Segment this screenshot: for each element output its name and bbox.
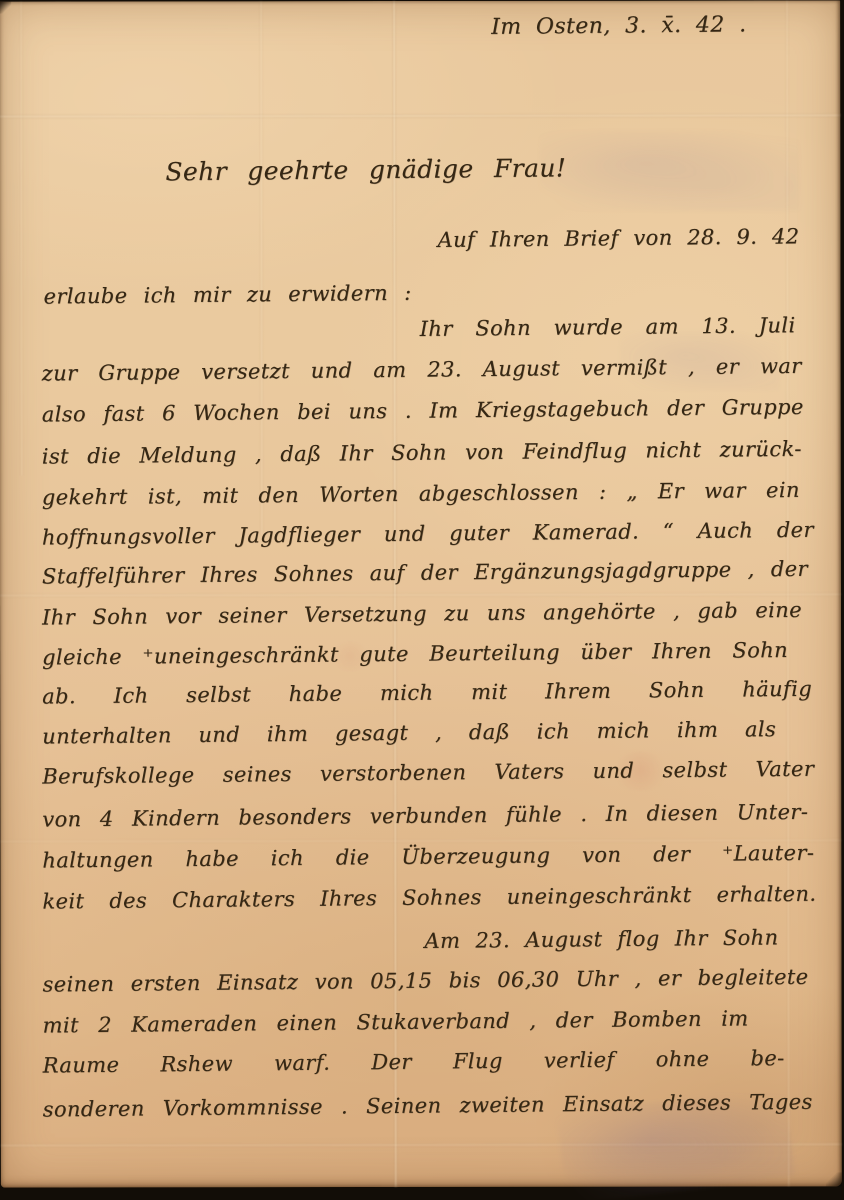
letter-line: keit des Charakters Ihres Sohnes uneinge… (42, 882, 816, 915)
scan-corner-shadow (0, 2, 11, 14)
letter-line: Ihr Sohn vor seiner Versetzung zu uns an… (42, 598, 802, 631)
letter-line: Auf Ihren Brief von 28. 9. 42 (437, 224, 799, 253)
letter-line: zur Gruppe versetzt und am 23. August ve… (42, 354, 802, 387)
letter-line: ist die Meldung , daß Ihr Sohn von Feind… (42, 437, 802, 470)
letter-line: Berufskollege seines verstorbenen Vaters… (42, 757, 814, 790)
letter-line: sonderen Vorkommnisse . Seinen zweiten E… (43, 1090, 813, 1123)
scan-corner-shadow (826, 1172, 842, 1186)
letter-line: Ihr Sohn wurde am 13. Juli (420, 313, 796, 342)
letter-line: Staffelführer Ihres Sohnes auf der Ergän… (42, 557, 808, 590)
letter-line: gekehrt ist, mit den Worten abgeschlosse… (42, 478, 800, 511)
letter-line: Am 23. August flog Ihr Sohn (424, 925, 778, 954)
fold-crease-top-horizontal (0, 113, 840, 118)
letter-paper: Im Osten, 3. x̄. 42 . Sehr geehrte gnädi… (0, 0, 842, 1187)
fold-crease-bottom-horizontal (1, 1142, 842, 1147)
show-through-mark (539, 130, 799, 210)
letter-line: erlaube ich mir zu erwidern : (43, 281, 411, 310)
letter-line: mit 2 Kameraden einen Stukaverband , der… (42, 1006, 748, 1038)
letter-line: unterhalten und ihm gesagt , daß ich mic… (42, 717, 776, 750)
fold-crease-far-left-vertical (19, 2, 24, 476)
letter-line: hoffnungsvoller Jagdflieger und guter Ka… (42, 518, 814, 551)
scan-background: { "scan": { "background_color": "#120d07… (0, 0, 844, 1200)
letter-salutation: Sehr geehrte gnädige Frau! (165, 153, 566, 187)
letter-line: gleiche ⁺uneingeschränkt gute Beurteilun… (42, 638, 788, 671)
letter-dateline: Im Osten, 3. x̄. 42 . (491, 12, 747, 41)
letter-line: Raume Rshew warf. Der Flug verlief ohne … (43, 1046, 785, 1079)
letter-line: haltungen habe ich die Überzeugung von d… (42, 841, 814, 874)
letter-line: also fast 6 Wochen bei uns . Im Kriegsta… (42, 395, 804, 428)
fold-crease-middle-horizontal (0, 592, 841, 597)
letter-line: ab. Ich selbst habe mich mit Ihrem Sohn … (42, 677, 812, 710)
letter-line: seinen ersten Einsatz von 05,15 bis 06,3… (42, 965, 808, 998)
letter-line: von 4 Kindern besonders verbunden fühle … (42, 800, 808, 833)
